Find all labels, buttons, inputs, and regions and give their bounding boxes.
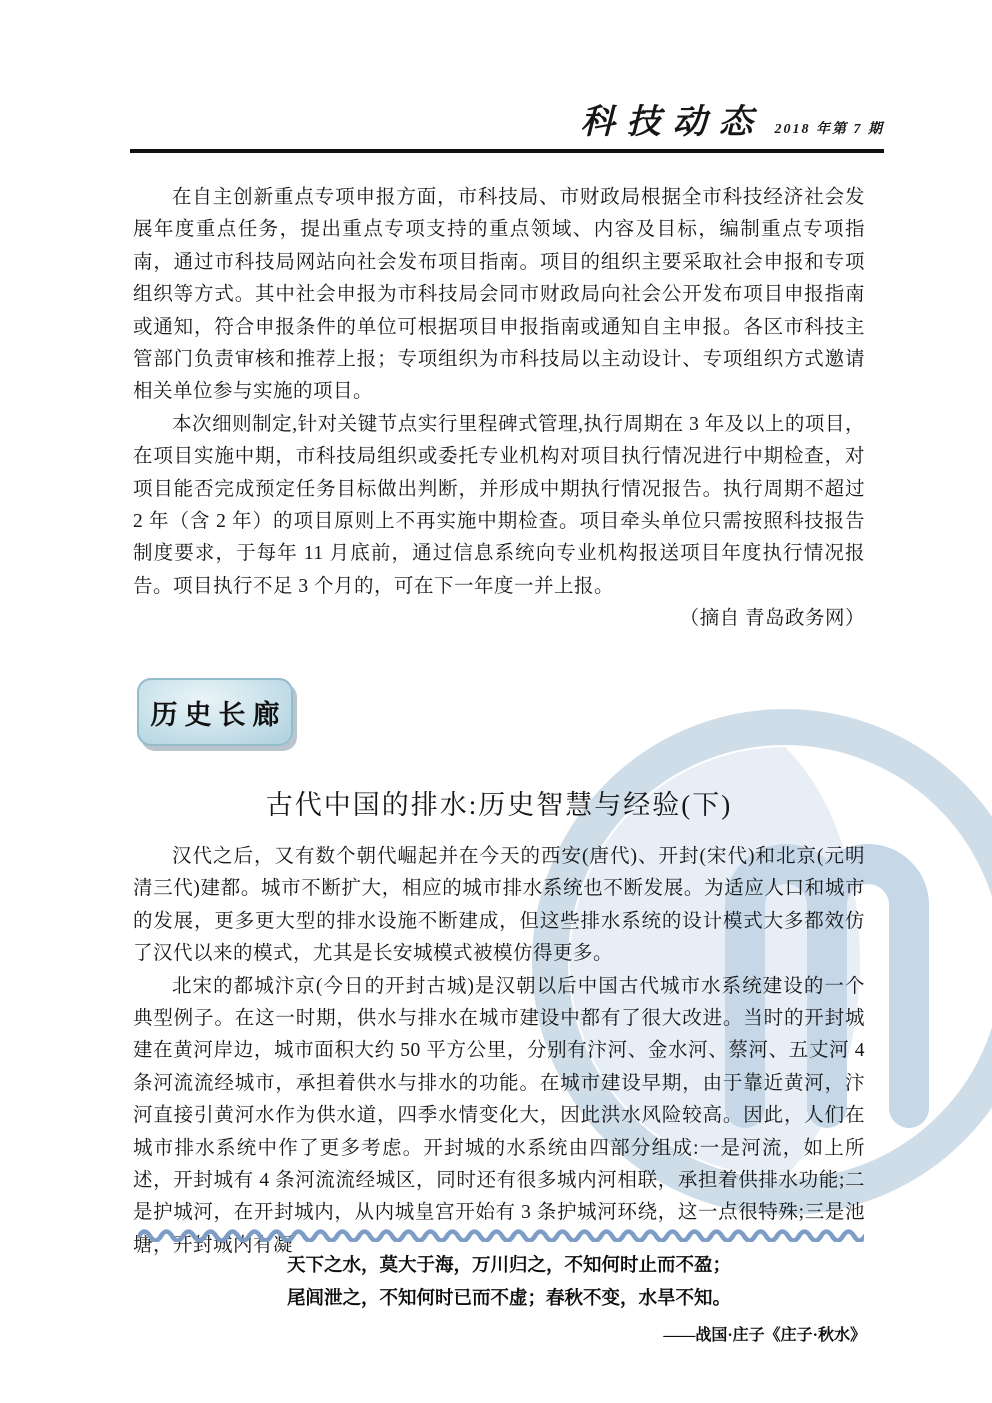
news-source-attribution: （摘自 青岛政务网）	[133, 603, 865, 635]
history-paragraph: 北宋的都城汴京(今日的开封古城)是汉朝以后中国古代城市水系统建设的一个典型例子。…	[133, 971, 865, 1263]
journal-title: 科技动态	[581, 104, 765, 141]
history-paragraph: 汉代之后，又有数个朝代崛起并在今天的西安(唐代)、开封(宋代)和北京(元明清三代…	[133, 841, 865, 971]
masthead: 科技动态2018 年第 7 期	[130, 94, 884, 143]
footer-quote: 天下之水，莫大于海，万川归之，不知何时止而不盈； 尾闾泄之，不知何时已而不虚；春…	[287, 1250, 866, 1352]
news-article: 在自主创新重点专项申报方面，市科技局、市财政局根据全市科技经济社会发展年度重点任…	[133, 182, 865, 636]
history-article-title: 古代中国的排水:历史智慧与经验(下)	[133, 783, 865, 822]
section-badge-history-gallery: 历史长廊	[137, 678, 293, 746]
history-article: 汉代之后，又有数个朝代崛起并在今天的西安(唐代)、开封(宋代)和北京(元明清三代…	[133, 841, 865, 1262]
news-paragraph: 在自主创新重点专项申报方面，市科技局、市财政局根据全市科技经济社会发展年度重点任…	[133, 182, 865, 409]
quote-attribution: ——战国·庄子《庄子·秋水》	[287, 1319, 866, 1352]
news-paragraph: 本次细则制定,针对关键节点实行里程碑式管理,执行周期在 3 年及以上的项目，在项…	[133, 409, 865, 603]
section-badge-label: 历史长廊	[144, 693, 287, 732]
quote-line: 天下之水，莫大于海，万川归之，不知何时止而不盈；	[287, 1250, 866, 1283]
issue-label: 2018 年第 7 期	[775, 122, 885, 137]
quote-line: 尾闾泄之，不知何时已而不虚；春秋不变，水旱不知。	[287, 1283, 866, 1316]
wave-divider	[138, 1226, 864, 1242]
wave-divider-path	[139, 1232, 864, 1241]
masthead-rule	[130, 149, 884, 153]
